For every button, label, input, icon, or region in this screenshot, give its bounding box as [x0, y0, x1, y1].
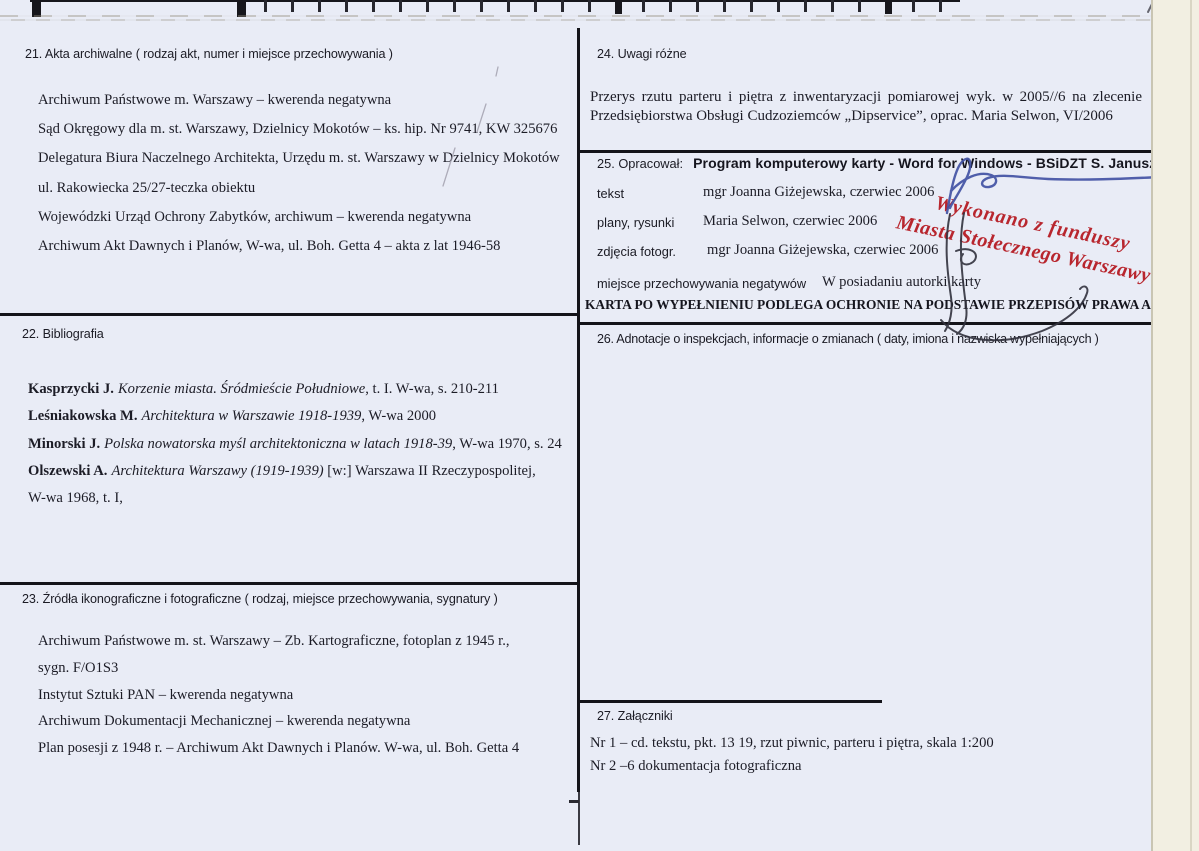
archival-record-line: Sąd Okręgowy dla m. st. Warszawy, Dzieln…: [38, 115, 573, 144]
ruler-tick-mark: [939, 0, 942, 12]
bib-author: Leśniakowska M.: [28, 408, 137, 424]
credit-row-value: mgr Joanna Giżejewska, czerwiec 2006: [707, 242, 938, 259]
credit-row-label: plany, rysunki: [597, 215, 674, 230]
section-22-body: Kasprzycki J.Korzenie miasta. Śródmieści…: [28, 376, 573, 512]
section-22-title: 22. Bibliografia: [22, 327, 104, 341]
rule-above-section-26: [577, 322, 1151, 325]
column-divider-line: [577, 28, 580, 792]
ruler-tick-mark: [480, 0, 483, 12]
icono-source-line: Plan posesji z 1948 r. – Archiwum Akt Da…: [38, 735, 573, 762]
bib-author: Minorski J.: [28, 436, 100, 452]
scanner-ruler: [0, 0, 1151, 20]
bibliography-continuation: W-wa 1968, t. I,: [28, 485, 573, 512]
ruler-tick-mark: [453, 0, 456, 12]
bibliography-entry: Kasprzycki J.Korzenie miasta. Śródmieści…: [28, 376, 573, 403]
credit-row-label: tekst: [597, 186, 624, 201]
ruler-tick-mark: [750, 0, 753, 12]
icono-source-line: sygn. F/O1S3: [38, 655, 573, 682]
section-24-remarks-text: Przerys rzutu parteru i piętra z inwenta…: [590, 88, 1142, 126]
section-21-body: Archiwum Państwowe m. Warszawy – kwerend…: [38, 86, 573, 261]
attachment-line: Nr 2 –6 dokumentacja fotograficzna: [590, 755, 1142, 778]
section-24-title: 24. Uwagi różne: [597, 47, 687, 61]
ruler-tick-mark: [777, 0, 780, 12]
ruler-tick-mark: [399, 0, 402, 12]
scanner-edge-line: [1190, 0, 1192, 851]
rule-above-section-22: [0, 313, 580, 316]
bib-tail: , W-wa 1970, s. 24: [452, 436, 562, 452]
icono-source-line: Archiwum Państwowe m. st. Warszawy – Zb.…: [38, 628, 573, 655]
section-27-body: Nr 1 – cd. tekstu, pkt. 13 19, rzut piwn…: [590, 732, 1142, 777]
torn-paper-edge: [0, 15, 1151, 17]
bib-tail: , t. I. W-wa, s. 210-211: [365, 381, 499, 397]
section-25-program: Program komputerowy karty - Word for Win…: [693, 155, 1195, 171]
ruler-tick-mark: [345, 0, 348, 12]
credit-row-value: mgr Joanna Giżejewska, czerwiec 2006: [703, 184, 934, 201]
credit-row-label: miejsce przechowywania negatywów: [597, 276, 806, 291]
bibliography-entry: Olszewski A.Architektura Warszawy (1919-…: [28, 458, 573, 485]
section-26-title: 26. Adnotacje o inspekcjach, informacje …: [597, 332, 1099, 346]
icono-source-line: Instytut Sztuki PAN – kwerenda negatywna: [38, 682, 573, 709]
divider-foot-mark: [569, 800, 579, 803]
ruler-tick-mark: [696, 0, 699, 12]
ruler-tick-mark: [372, 0, 375, 12]
bib-tail: , W-wa 2000: [361, 408, 436, 424]
ruler-tick-mark: [561, 0, 564, 12]
ruler-tick-mark: [615, 0, 622, 14]
ruler-tick-mark: [588, 0, 591, 12]
ruler-tick-mark: [426, 0, 429, 12]
bib-author: Olszewski A.: [28, 463, 107, 479]
ruler-tick-mark: [507, 0, 510, 12]
ruler-tick-mark: [885, 0, 892, 14]
torn-paper-edge-2: [0, 19, 1151, 21]
ruler-tick-mark: [912, 0, 915, 12]
attachment-line: Nr 1 – cd. tekstu, pkt. 13 19, rzut piwn…: [590, 732, 1142, 755]
ruler-tick-mark: [534, 0, 537, 12]
ruler-tick-mark: [831, 0, 834, 12]
bib-work-title: Korzenie miasta. Śródmieście Południowe: [118, 381, 365, 397]
credit-row-value: Maria Selwon, czerwiec 2006: [703, 213, 877, 230]
archival-record-line: ul. Rakowiecka 25/27-teczka obiektu: [38, 174, 573, 203]
archival-record-line: Delegatura Biura Naczelnego Architekta, …: [38, 144, 573, 173]
bibliography-entry: Minorski J.Polska nowatorska myśl archit…: [28, 431, 573, 458]
archival-record-line: Wojewódzki Urząd Ochrony Zabytków, archi…: [38, 203, 573, 232]
ruler-tick-mark: [669, 0, 672, 12]
section-21-title: 21. Akta archiwalne ( rodzaj akt, numer …: [25, 47, 393, 61]
section-27-title: 27. Załączniki: [597, 709, 673, 723]
ruler-tick-mark: [858, 0, 861, 12]
ruler-tick-mark: [723, 0, 726, 12]
credit-row-label: zdjęcia fotogr.: [597, 244, 676, 259]
bib-work-title: Architektura w Warszawie 1918-1939: [141, 408, 361, 424]
archival-record-line: Archiwum Państwowe m. Warszawy – kwerend…: [38, 86, 573, 115]
scanned-card-paper: 21. Akta archiwalne ( rodzaj akt, numer …: [0, 0, 1151, 851]
ruler-tick-mark: [291, 0, 294, 12]
section-25-title-row: 25. Opracował:Program komputerowy karty …: [597, 155, 1195, 173]
section-23-body: Archiwum Państwowe m. st. Warszawy – Zb.…: [38, 628, 573, 762]
archival-record-line: Archiwum Akt Dawnych i Planów, W-wa, ul.…: [38, 232, 573, 261]
rule-above-section-27: [577, 700, 882, 703]
rule-above-section-25: [577, 150, 1151, 153]
credit-row-value: W posiadaniu autorki karty: [822, 274, 981, 291]
ruler-tick-mark: [264, 0, 267, 12]
bibliography-entry: Leśniakowska M.Architektura w Warszawie …: [28, 403, 573, 430]
bib-work-title: Polska nowatorska myśl architektoniczna …: [104, 436, 452, 452]
ruler-tick-mark: [318, 0, 321, 12]
ruler-tick-mark: [642, 0, 645, 12]
ruler-tick-mark: [804, 0, 807, 12]
bib-author: Kasprzycki J.: [28, 381, 114, 397]
rule-above-section-23: [0, 582, 580, 585]
bib-tail: [w:] Warszawa II Rzeczypospolitej,: [324, 463, 536, 479]
section-23-title: 23. Źródła ikonograficzne i fotograficzn…: [22, 592, 498, 606]
section-25-label: 25. Opracował:: [597, 156, 683, 171]
copyright-notice: KARTA PO WYPEŁNIENIU PODLEGA OCHRONIE NA…: [585, 297, 1151, 313]
icono-source-line: Archiwum Dokumentacji Mechanicznej – kwe…: [38, 708, 573, 735]
bib-work-title: Architektura Warszawy (1919-1939): [111, 463, 323, 479]
